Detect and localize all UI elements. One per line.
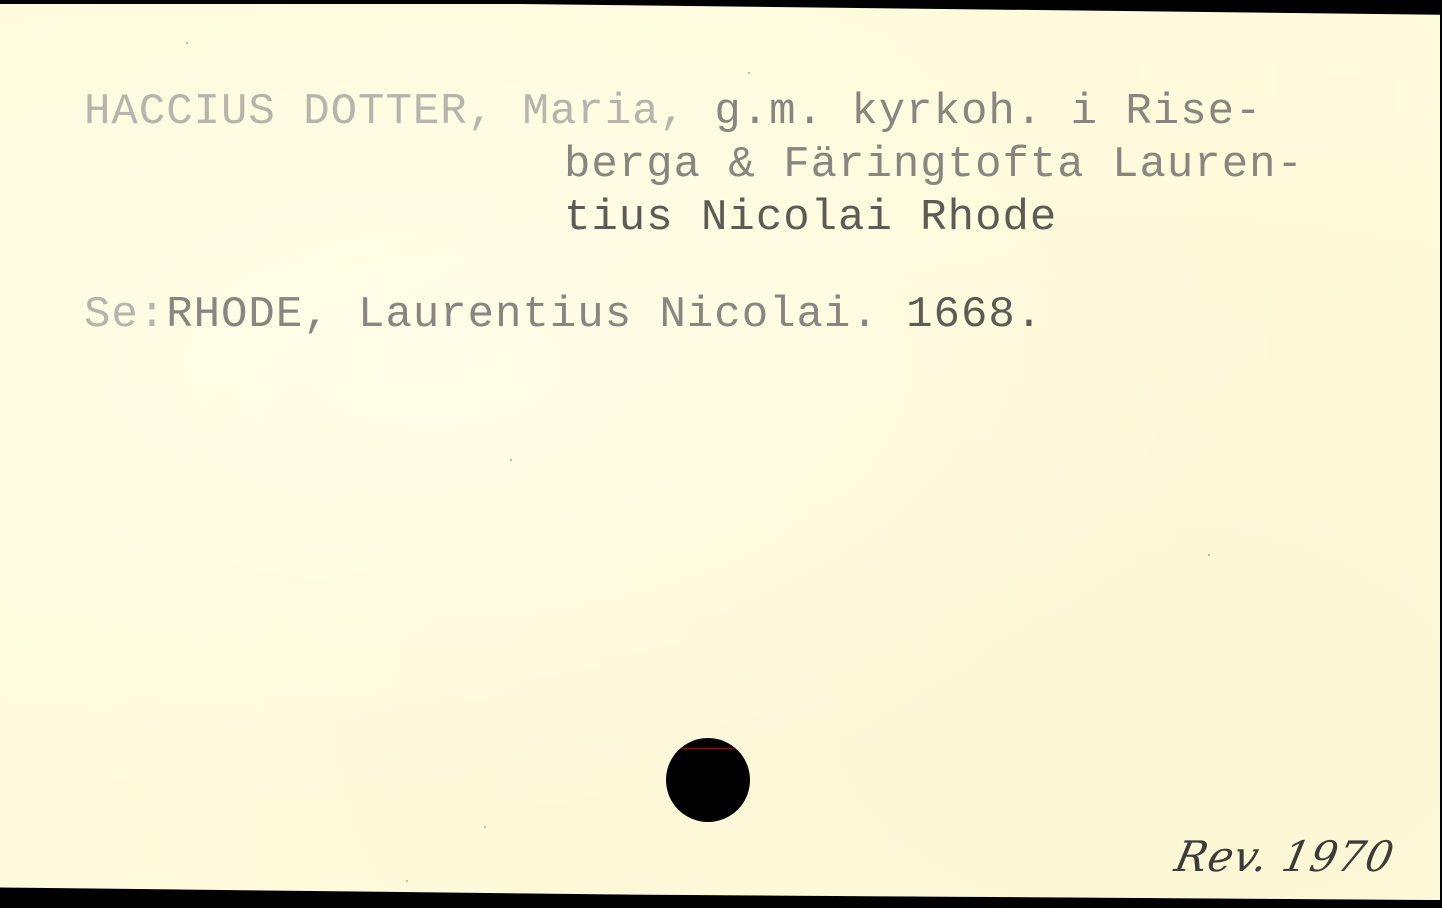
catalog-card: HACCIUS DOTTER, Maria, g.m. kyrkoh. i Ri… — [0, 4, 1440, 900]
entry-description-line3: tius Nicolai Rhode — [564, 192, 1057, 245]
paper-speck — [748, 72, 750, 74]
entry-heading-line: HACCIUS DOTTER, Maria, g.m. kyrkoh. i Ri… — [84, 86, 1262, 139]
paper-speck — [1208, 554, 1210, 556]
handwritten-revision-note: Rev. 1970 — [1171, 832, 1399, 881]
punch-hole — [666, 738, 750, 822]
paper-speck — [484, 826, 486, 828]
entry-description-line1: g.m. kyrkoh. i Rise- — [714, 87, 1262, 137]
paper-speck — [510, 459, 512, 461]
see-prefix: Se: — [84, 290, 166, 340]
entry-description-line2: berga & Färingtofta Lauren- — [564, 139, 1304, 192]
entry-given-name: Maria, — [522, 87, 686, 137]
see-reference-line: Se:RHODE, Laurentius Nicolai. 1668. — [84, 289, 1043, 342]
paper-speck — [406, 880, 408, 882]
paper-speck — [186, 42, 188, 44]
see-reference-name: RHODE, Laurentius Nicolai. — [166, 290, 879, 340]
scanned-card-image: HACCIUS DOTTER, Maria, g.m. kyrkoh. i Ri… — [0, 0, 1442, 908]
see-reference-year: 1668. — [906, 290, 1043, 340]
entry-heading: HACCIUS DOTTER, — [84, 87, 495, 137]
